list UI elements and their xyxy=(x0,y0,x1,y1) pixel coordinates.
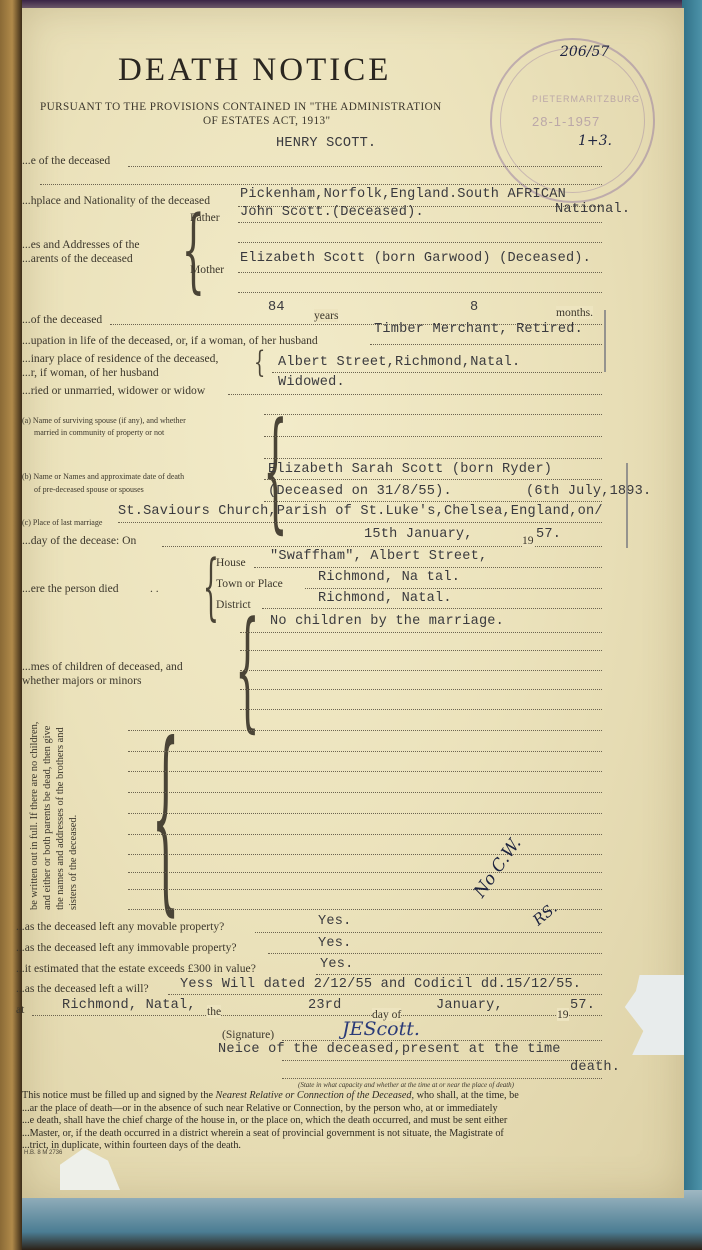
district-value: Richmond, Natal. xyxy=(318,591,452,606)
death-year: 57. xyxy=(536,527,561,542)
residence-label-2: ...r, if woman, of her husband xyxy=(22,366,159,379)
form-code: H.B. 8 M 2736 xyxy=(24,1150,62,1156)
capacity-hint: (State in what capacity and whether at t… xyxy=(298,1081,514,1089)
will-label: ...as the deceased left a will? xyxy=(16,982,149,995)
marriage-date: (6th July,1893. xyxy=(526,484,651,499)
parents-label-2: ...arents of the deceased xyxy=(22,252,133,265)
will-value: Yess Will dated 2/12/55 and Codicil dd.1… xyxy=(180,977,581,992)
footer-instructions: This notice must be filled up and signed… xyxy=(22,1090,597,1153)
last-marriage-value: St.Saviours Church,Parish of St.Luke's,C… xyxy=(118,504,603,519)
nationality-value: National. xyxy=(555,202,630,217)
deceased-name: HENRY SCOTT. xyxy=(276,136,376,151)
marital-value: Widowed. xyxy=(278,375,345,390)
mother-label: Mother xyxy=(190,263,224,276)
predeceased-label-2: of pre-deceased spouse or spouses xyxy=(34,485,144,494)
children-label-2: whether majors or minors xyxy=(22,674,141,687)
father-value: John Scott.(Deceased). xyxy=(240,205,424,220)
surviving-spouse-label-2: married in community of property or not xyxy=(34,428,164,437)
binder-edge xyxy=(0,0,22,1250)
residence-label-1: ...inary place of residence of the decea… xyxy=(22,352,218,365)
estate-value-label: ...it estimated that the estate exceeds … xyxy=(16,962,256,975)
date-of-death-value: 15th January, xyxy=(364,527,473,542)
birthplace-value: Pickenham,Norfolk,England.South AFRICAN xyxy=(240,187,566,202)
children-label-1: ...mes of children of deceased, and xyxy=(22,660,183,673)
father-label: Father xyxy=(190,211,220,224)
signed-day: 23rd xyxy=(308,998,341,1013)
signed-month: January, xyxy=(436,998,503,1013)
last-marriage-label: (c) Place of last marriage xyxy=(22,518,102,527)
signature-label: (Signature) xyxy=(222,1028,274,1041)
surviving-spouse-label-1: (a) Name of surviving spouse (if any), a… xyxy=(22,416,186,425)
age-months: 8 xyxy=(470,300,478,315)
mother-value: Elizabeth Scott (born Garwood) (Deceased… xyxy=(240,251,591,266)
parents-label-1: ...es and Addresses of the xyxy=(22,238,140,251)
town-label: Town or Place xyxy=(216,577,283,590)
age-label: ...of the deceased xyxy=(22,313,102,326)
signed-place: Richmond, Natal, xyxy=(62,998,196,1013)
movable-value: Yes. xyxy=(318,914,351,929)
signed-year: 57. xyxy=(570,998,595,1013)
marital-label: ...ried or unmarried, widower or widow xyxy=(22,384,205,397)
occupation-label: ...upation in life of the deceased, or, … xyxy=(22,334,318,347)
date-of-death-label: ...day of the decease: On xyxy=(22,534,136,547)
folder-edge xyxy=(682,0,702,1250)
capacity-value-2: death. xyxy=(570,1060,620,1075)
subtitle-line2: OF ESTATES ACT, 1913" xyxy=(203,115,330,127)
name-label: ...e of the deceased xyxy=(22,154,110,167)
children-value: No children by the marriage. xyxy=(270,614,504,629)
item-number: 1+3. xyxy=(578,133,612,149)
house-value: "Swaffham", Albert Street, xyxy=(270,549,487,564)
registry-stamp: PIETERMARITZBURG 28-1-1957 xyxy=(490,38,655,203)
predeceased-label-1: (b) Name or Names and approximate date o… xyxy=(22,472,184,481)
place-of-death-label: ...ere the person died xyxy=(22,582,119,595)
occupation-value: Timber Merchant, Retired. xyxy=(374,322,583,337)
town-value: Richmond, Na tal. xyxy=(318,570,460,585)
estate-value-answer: Yes. xyxy=(320,957,353,972)
residence-value: Albert Street,Richmond,Natal. xyxy=(278,355,520,370)
years-label: years xyxy=(314,309,338,322)
immovable-value: Yes. xyxy=(318,936,351,951)
predeceased-value-1: Elizabeth Sarah Scott (born Ryder) xyxy=(268,462,552,477)
page-title: DEATH NOTICE xyxy=(118,52,391,89)
predeceased-value-2: (Deceased on 31/8/55). xyxy=(268,484,452,499)
file-number: 206/57 xyxy=(560,44,609,60)
capacity-value-1: Neice of the deceased,present at the tim… xyxy=(218,1042,561,1057)
age-years: 84 xyxy=(268,300,285,315)
immovable-label: ...as the deceased left any immovable pr… xyxy=(16,941,237,954)
house-label: House xyxy=(216,556,246,569)
months-label: months. xyxy=(556,306,593,319)
siblings-instruction: be written out in full. If there are no … xyxy=(28,720,108,910)
movable-label: ...as the deceased left any movable prop… xyxy=(16,920,224,933)
signature: JEScott. xyxy=(342,1018,420,1040)
subtitle-line1: PURSUANT TO THE PROVISIONS CONTAINED IN … xyxy=(40,101,442,113)
folder-bottom xyxy=(22,1190,702,1250)
